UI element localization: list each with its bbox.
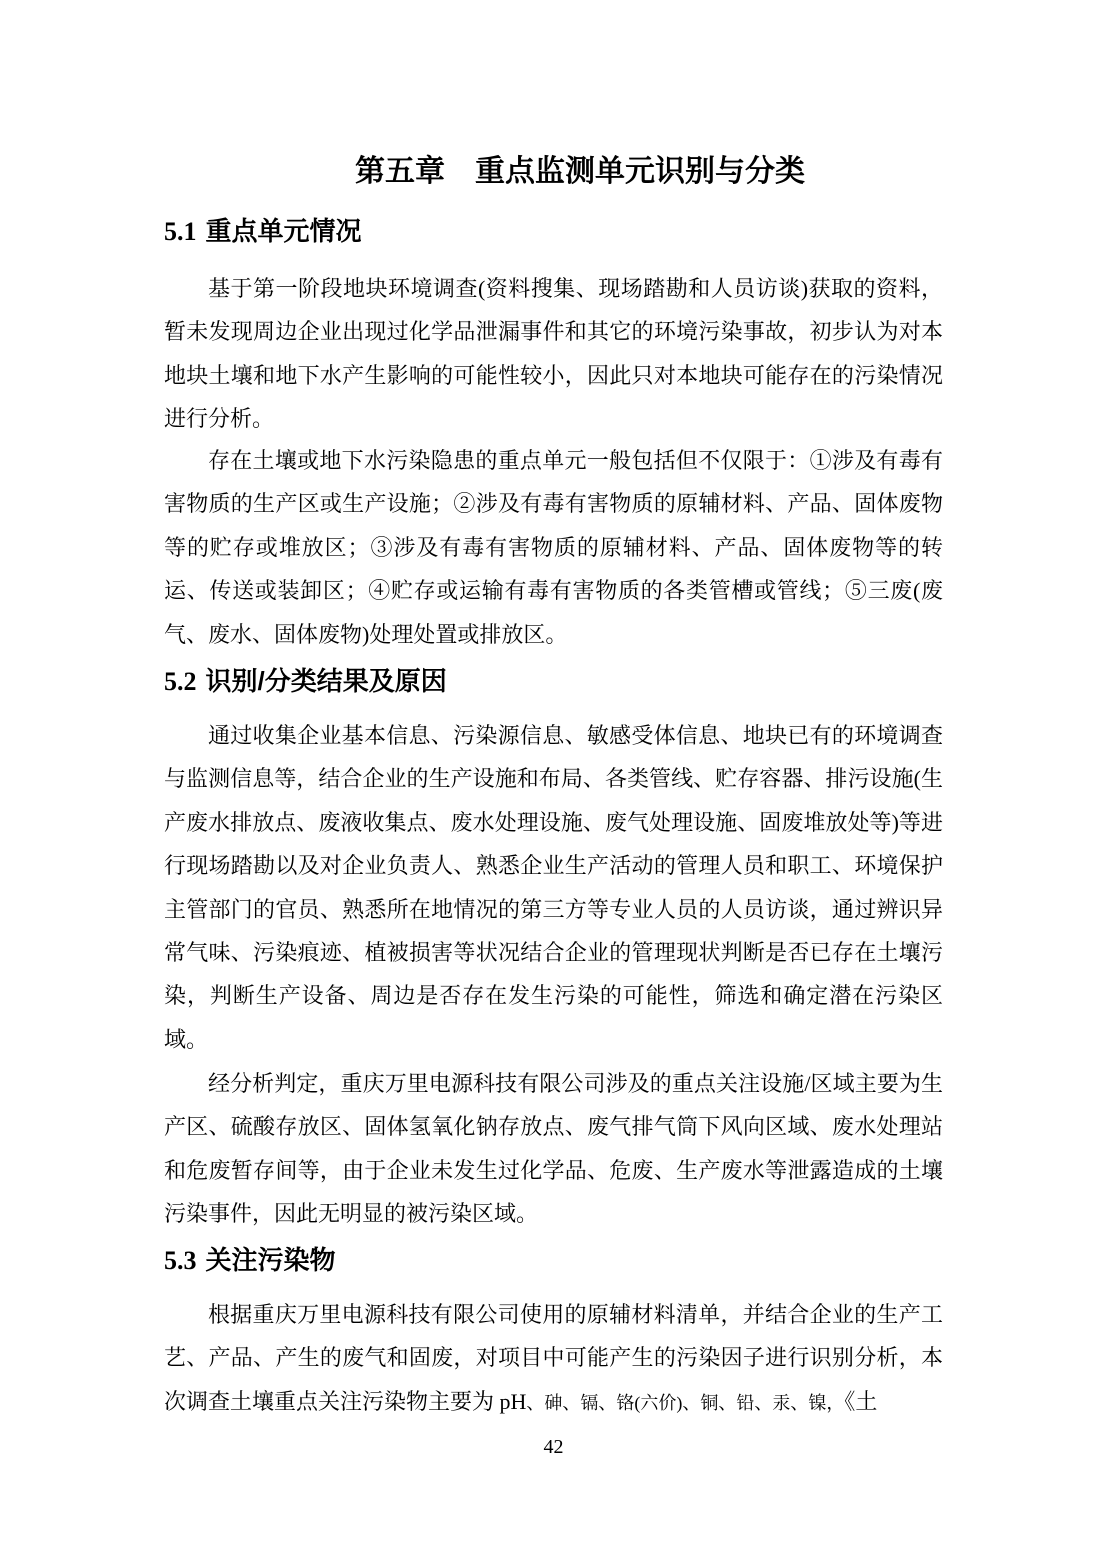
pollutant-list-small-text: 、砷、镉、铬(六价)、铜、铅、汞、镍，	[526, 1393, 844, 1413]
section-number: 5.1	[164, 217, 197, 246]
section-heading-text: 关注污染物	[206, 1245, 336, 1275]
section-heading-5-3: 5.3关注污染物	[164, 1244, 336, 1277]
section-heading-text: 重点单元情况	[206, 216, 362, 246]
section-number: 5.2	[164, 667, 197, 696]
paragraph-5-1-2: 存在土壤或地下水污染隐患的重点单元一般包括但不仅限于：①涉及有毒有害物质的生产区…	[164, 439, 943, 656]
paragraph-5-3-1: 根据重庆万里电源科技有限公司使用的原辅材料清单，并结合企业的生产工艺、产品、产生…	[164, 1293, 943, 1425]
section-heading-5-1: 5.1重点单元情况	[164, 215, 362, 248]
paragraph-5-1-1: 基于第一阶段地块环境调查(资料搜集、现场踏勘和人员访谈)获取的资料，暂未发现周边…	[164, 267, 943, 441]
document-page: 第五章 重点监测单元识别与分类 5.1重点单元情况 基于第一阶段地块环境调查(资…	[0, 0, 1102, 1559]
chapter-title: 第五章 重点监测单元识别与分类	[355, 152, 805, 192]
section-heading-5-2: 5.2识别/分类结果及原因	[164, 665, 447, 698]
section-number: 5.3	[164, 1246, 197, 1275]
section-heading-text: 识别/分类结果及原因	[206, 666, 447, 696]
page-number: 42	[164, 1435, 943, 1459]
paragraph-5-2-1: 通过收集企业基本信息、污染源信息、敏感受体信息、地块已有的环境调查与监测信息等，…	[164, 714, 943, 1061]
paragraph-text: 《土	[844, 1389, 877, 1414]
paragraph-5-2-2: 经分析判定，重庆万里电源科技有限公司涉及的重点关注设施/区域主要为生产区、硫酸存…	[164, 1062, 943, 1236]
